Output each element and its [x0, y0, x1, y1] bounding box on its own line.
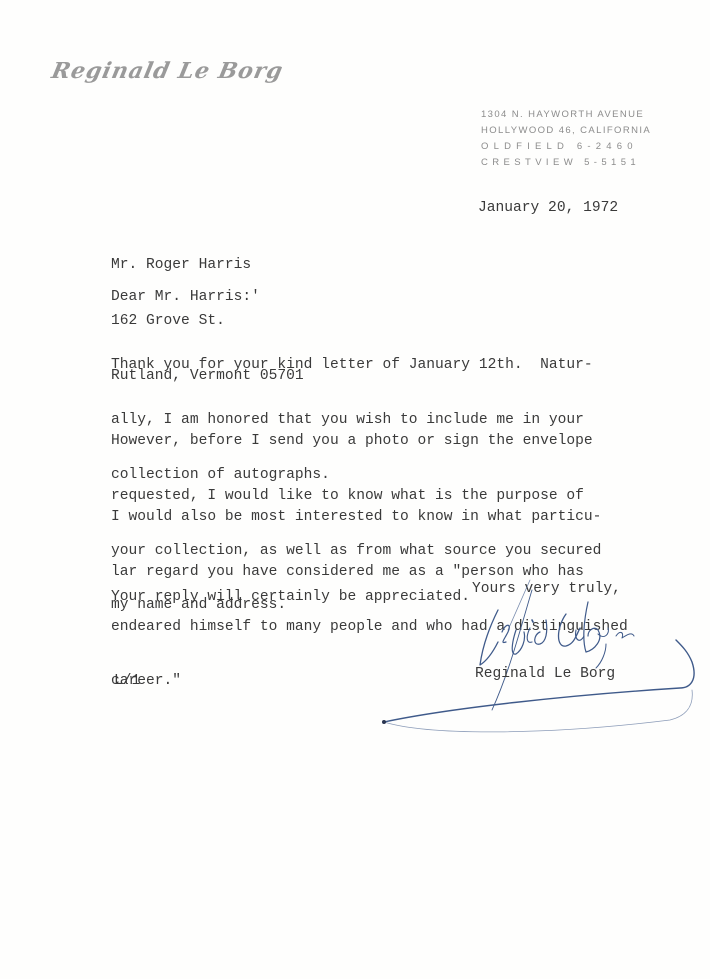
letterhead-name: Reginald Le Borg	[49, 58, 286, 84]
letter-date: January 20, 1972	[478, 200, 618, 216]
salutation: Dear Mr. Harris:'	[111, 289, 260, 305]
recipient-name: Mr. Roger Harris	[111, 256, 304, 275]
body-line: Thank you for your kind letter of Januar…	[111, 356, 593, 374]
letterhead-phone-crestview: CRESTVIEW 5-5151	[481, 155, 651, 171]
letter-page: Reginald Le Borg 1304 N. HAYWORTH AVENUE…	[0, 0, 710, 979]
body-line: Your reply will certainly be appreciated…	[111, 588, 470, 606]
reference-initials: L/1	[114, 673, 140, 689]
body-line: However, before I send you a photo or si…	[111, 432, 601, 450]
letterhead-address: 1304 N. HAYWORTH AVENUE HOLLYWOOD 46, CA…	[481, 107, 651, 171]
body-paragraph-4: Your reply will certainly be appreciated…	[111, 552, 470, 643]
signer-name: Reginald Le Borg	[475, 666, 615, 682]
letterhead-phone-oldfield: OLDFIELD 6-2460	[481, 139, 651, 155]
body-line: I would also be most interested to know …	[111, 508, 628, 526]
letterhead-city: HOLLYWOOD 46, CALIFORNIA	[481, 123, 651, 139]
letterhead-street: 1304 N. HAYWORTH AVENUE	[481, 107, 651, 123]
closing: Yours very truly,	[472, 581, 621, 597]
